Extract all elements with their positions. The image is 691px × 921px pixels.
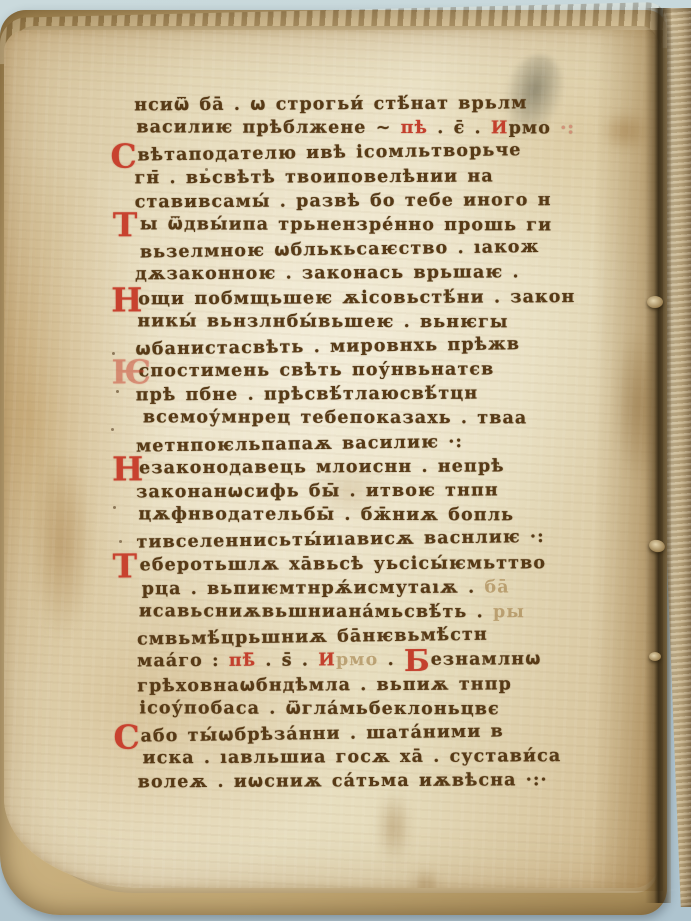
ink-text: василиѥ прѣблжене ~ — [136, 118, 400, 139]
ink-text: . є̄ . — [428, 118, 491, 138]
ink-text: рмо — [509, 119, 551, 139]
ink-text: ба̄ — [484, 577, 509, 597]
rubric-initial: Н — [111, 295, 137, 305]
text-line: Ѥспостимень свѣть поу́нвьнатєв — [136, 357, 648, 384]
ink-text: маа́го : — [137, 651, 229, 671]
ink-text: законанѡсифь бы̄ . итвоѥ тнпн — [136, 480, 499, 502]
binding-stitch-knot — [649, 652, 661, 661]
ink-text: вѣтаподателю ивѣ ісомльтворьче — [137, 141, 521, 166]
ink-text: рца . вьпиѥмтнрѫ́исмутаıѫ . — [142, 577, 485, 599]
ink-text: . — [378, 650, 404, 670]
photo-of-manuscript: нсиѿ ба̄ . ѡ строгьи́ стѣ́нат врьлмвасил… — [0, 0, 691, 921]
rubric-text: пѣ — [401, 118, 428, 138]
text-line: грѣховнаѡбндѣмла . вьпиѫ тнпр — [137, 671, 649, 698]
ink-text: прѣ пбне . прѣсвѣ́тлаюсвѣ́тцн — [136, 384, 479, 406]
worm-hole — [119, 540, 122, 543]
rubric-initial: Т — [113, 220, 139, 230]
ink-text: никы́ вьнзлнбы́вьшеѥ . вьнѥгы — [137, 311, 508, 332]
text-line: гн̄ . вьсвѣтѣ твоиповелѣнии на — [135, 163, 647, 190]
ink-text: иска . ıавльшиа госѫ ха̄ . сустави́са — [143, 746, 562, 768]
ink-text: вьзелмноѥ ѡблькьсаѥство . ıакож — [140, 237, 540, 263]
rubric-initial: Н — [112, 464, 138, 474]
ink-text: спостимень свѣть поу́нвьнатєв — [139, 360, 495, 382]
ink-text: гн̄ . вьсвѣтѣ твоиповелѣнии на — [135, 166, 494, 188]
text-line: законанѡсифь бы̄ . итвоѥ тнпн — [136, 478, 648, 505]
binding-stitch-knot — [647, 296, 663, 308]
text-block: нсиѿ ба̄ . ѡ строгьи́ стѣ́нат врьлмвасил… — [134, 91, 650, 806]
rubric-text: И — [318, 651, 336, 671]
rubric-initial: Т — [113, 561, 139, 571]
text-line: волеѫ . иѡсниѫ са́тьма иѫвѣсна ·:· — [138, 768, 650, 795]
ink-text: рмо — [336, 650, 379, 670]
ink-text: цѫфнводательбы̄ . бж̄ниѫ бопль — [138, 505, 514, 526]
text-line: Теберотьшлѫ ха̄вьсѣ уьсісы́ѥмьттво — [137, 550, 649, 577]
rubric-initial: С — [113, 732, 139, 742]
worm-hole — [113, 506, 116, 509]
text-line: дѫзаконноѥ . законась врьшаѥ . — [135, 260, 647, 287]
rubric-initial: С — [110, 152, 136, 162]
ink-text: дѫзаконноѥ . законась врьшаѥ . — [135, 263, 520, 285]
ink-text: езаконодавець млоиснн . непрѣ — [139, 456, 505, 478]
ink-text: ы ѿдвы́ипа трьнензре́нно прошь ги — [140, 214, 552, 235]
text-line: рца . вьпиѥмтнрѫ́исмутаıѫ . ба̄ — [137, 574, 649, 601]
ink-text: езнамлнѡ — [431, 650, 542, 671]
ink-text: . ѕ̄ . — [256, 651, 318, 671]
ink-text: тивселеннисьты́иıависѫ васнлиѥ ·: — [136, 527, 545, 553]
rubric-text: И — [491, 118, 509, 138]
rubric-text: ·: — [551, 119, 575, 139]
text-line: прѣ пбне . прѣсвѣ́тлаюсвѣ́тцн — [136, 381, 648, 408]
ink-text: исавьсниѫвьшниана́мьсвѣ́ть . — [139, 601, 493, 622]
ink-text: метнпоѥльпапаѫ василиѥ ·: — [136, 432, 463, 457]
ink-text: ѡбанистасвѣть . мировнхь прѣжв — [135, 334, 520, 359]
ink-text: ры — [493, 602, 525, 622]
worm-hole — [111, 428, 114, 431]
text-line: Нощи побмщьшеѥ ѫісовьстѣ́ни . закон — [135, 284, 647, 311]
text-line: ставивсамы́ . развѣ бо тебе иного н — [135, 187, 647, 214]
ink-text: або ты́ѡбрѣза́нни . шата́ними в — [140, 721, 504, 746]
text-line: маа́го : пѣ̄ . ѕ̄ . Ирмо . Безнамлнѡ — [137, 647, 649, 674]
stain — [30, 450, 94, 640]
rubric-text: пѣ̄ — [229, 651, 256, 671]
ink-text: волеѫ . иѡсниѫ са́тьма иѫвѣсна ·:· — [138, 770, 548, 792]
ink-text: ощи побмщьшеѥ ѫісовьстѣ́ни . закон — [138, 287, 575, 309]
text-line: нсиѿ ба̄ . ѡ строгьи́ стѣ́нат врьлм — [134, 91, 646, 118]
ink-text: смвьмѣ́црьшниѫ ба̄нѥвьмѣ́стн — [137, 625, 488, 650]
ink-text: еберотьшлѫ ха̄вьсѣ уьсісы́ѥмьттво — [140, 553, 547, 575]
rubric-text: Б — [404, 657, 431, 667]
ink-text: нсиѿ ба̄ . ѡ строгьи́ стѣ́нат врьлм — [134, 93, 527, 115]
ink-text: ставивсамы́ . развѣ бо тебе иного н — [135, 190, 552, 212]
ink-text: всемоу́мнрец тебепоказахь . тваа — [143, 408, 528, 429]
stain — [412, 868, 440, 888]
ink-text: грѣховнаѡбндѣмла . вьпиѫ тнпр — [137, 674, 512, 696]
text-line: иска . ıавльшиа госѫ ха̄ . сустави́са — [138, 744, 650, 771]
rubric-initial: Ѥ — [112, 367, 138, 377]
ink-text: ісоу́побаса . ѿгла́мьбеклоньцвє — [139, 698, 499, 719]
